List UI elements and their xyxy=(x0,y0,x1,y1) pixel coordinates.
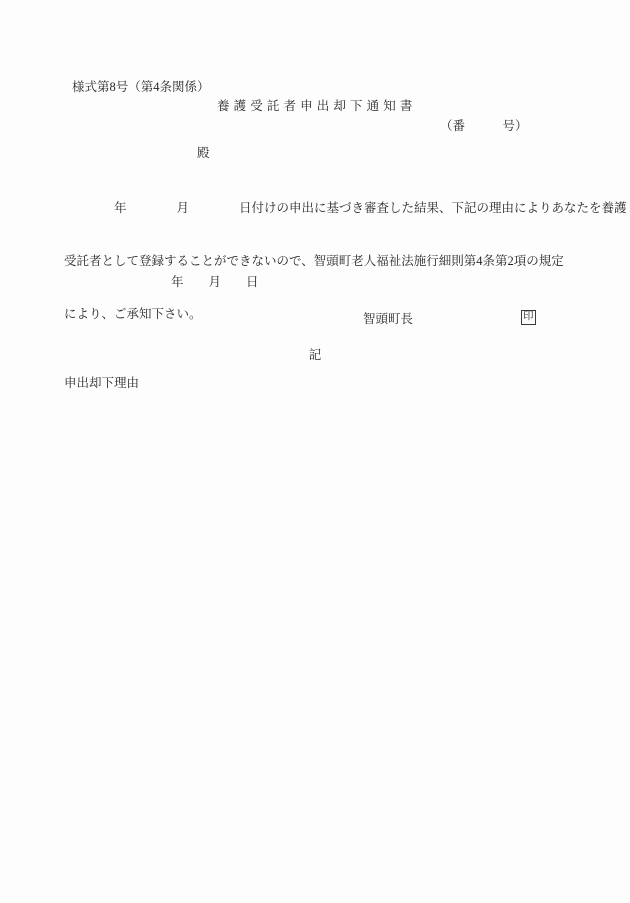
seal-mark: 印 xyxy=(521,310,536,325)
addressee-honorific: 殿 xyxy=(197,147,210,160)
form-number: 様式第8号（第4条関係） xyxy=(72,81,210,94)
rejection-reason-label: 申出却下理由 xyxy=(64,377,139,390)
body-paragraph: 年 月 日付けの申出に基づき審査した結果、下記の理由によりあなたを養護 受託者と… xyxy=(64,169,584,353)
record-marker: 記 xyxy=(0,349,630,362)
body-line-1: 年 月 日付けの申出に基づき審査した結果、下記の理由によりあなたを養護 xyxy=(64,194,584,222)
body-line-3: により、ご承知下さい。 xyxy=(64,300,584,328)
document-page: 様式第8号（第4条関係） 養 護 受 託 者 申 出 却 下 通 知 書 （番 … xyxy=(0,0,630,903)
body-line-2: 受託者として登録することができないので、智頭町老人福祉法施行細則第4条第2項の規… xyxy=(64,247,584,275)
document-title: 養 護 受 託 者 申 出 却 下 通 知 書 xyxy=(0,100,630,113)
issue-date-field: 年 月 日 xyxy=(171,276,259,289)
issuer-name: 智頭町長 xyxy=(363,313,413,326)
document-number-field: （番 号） xyxy=(440,120,528,133)
